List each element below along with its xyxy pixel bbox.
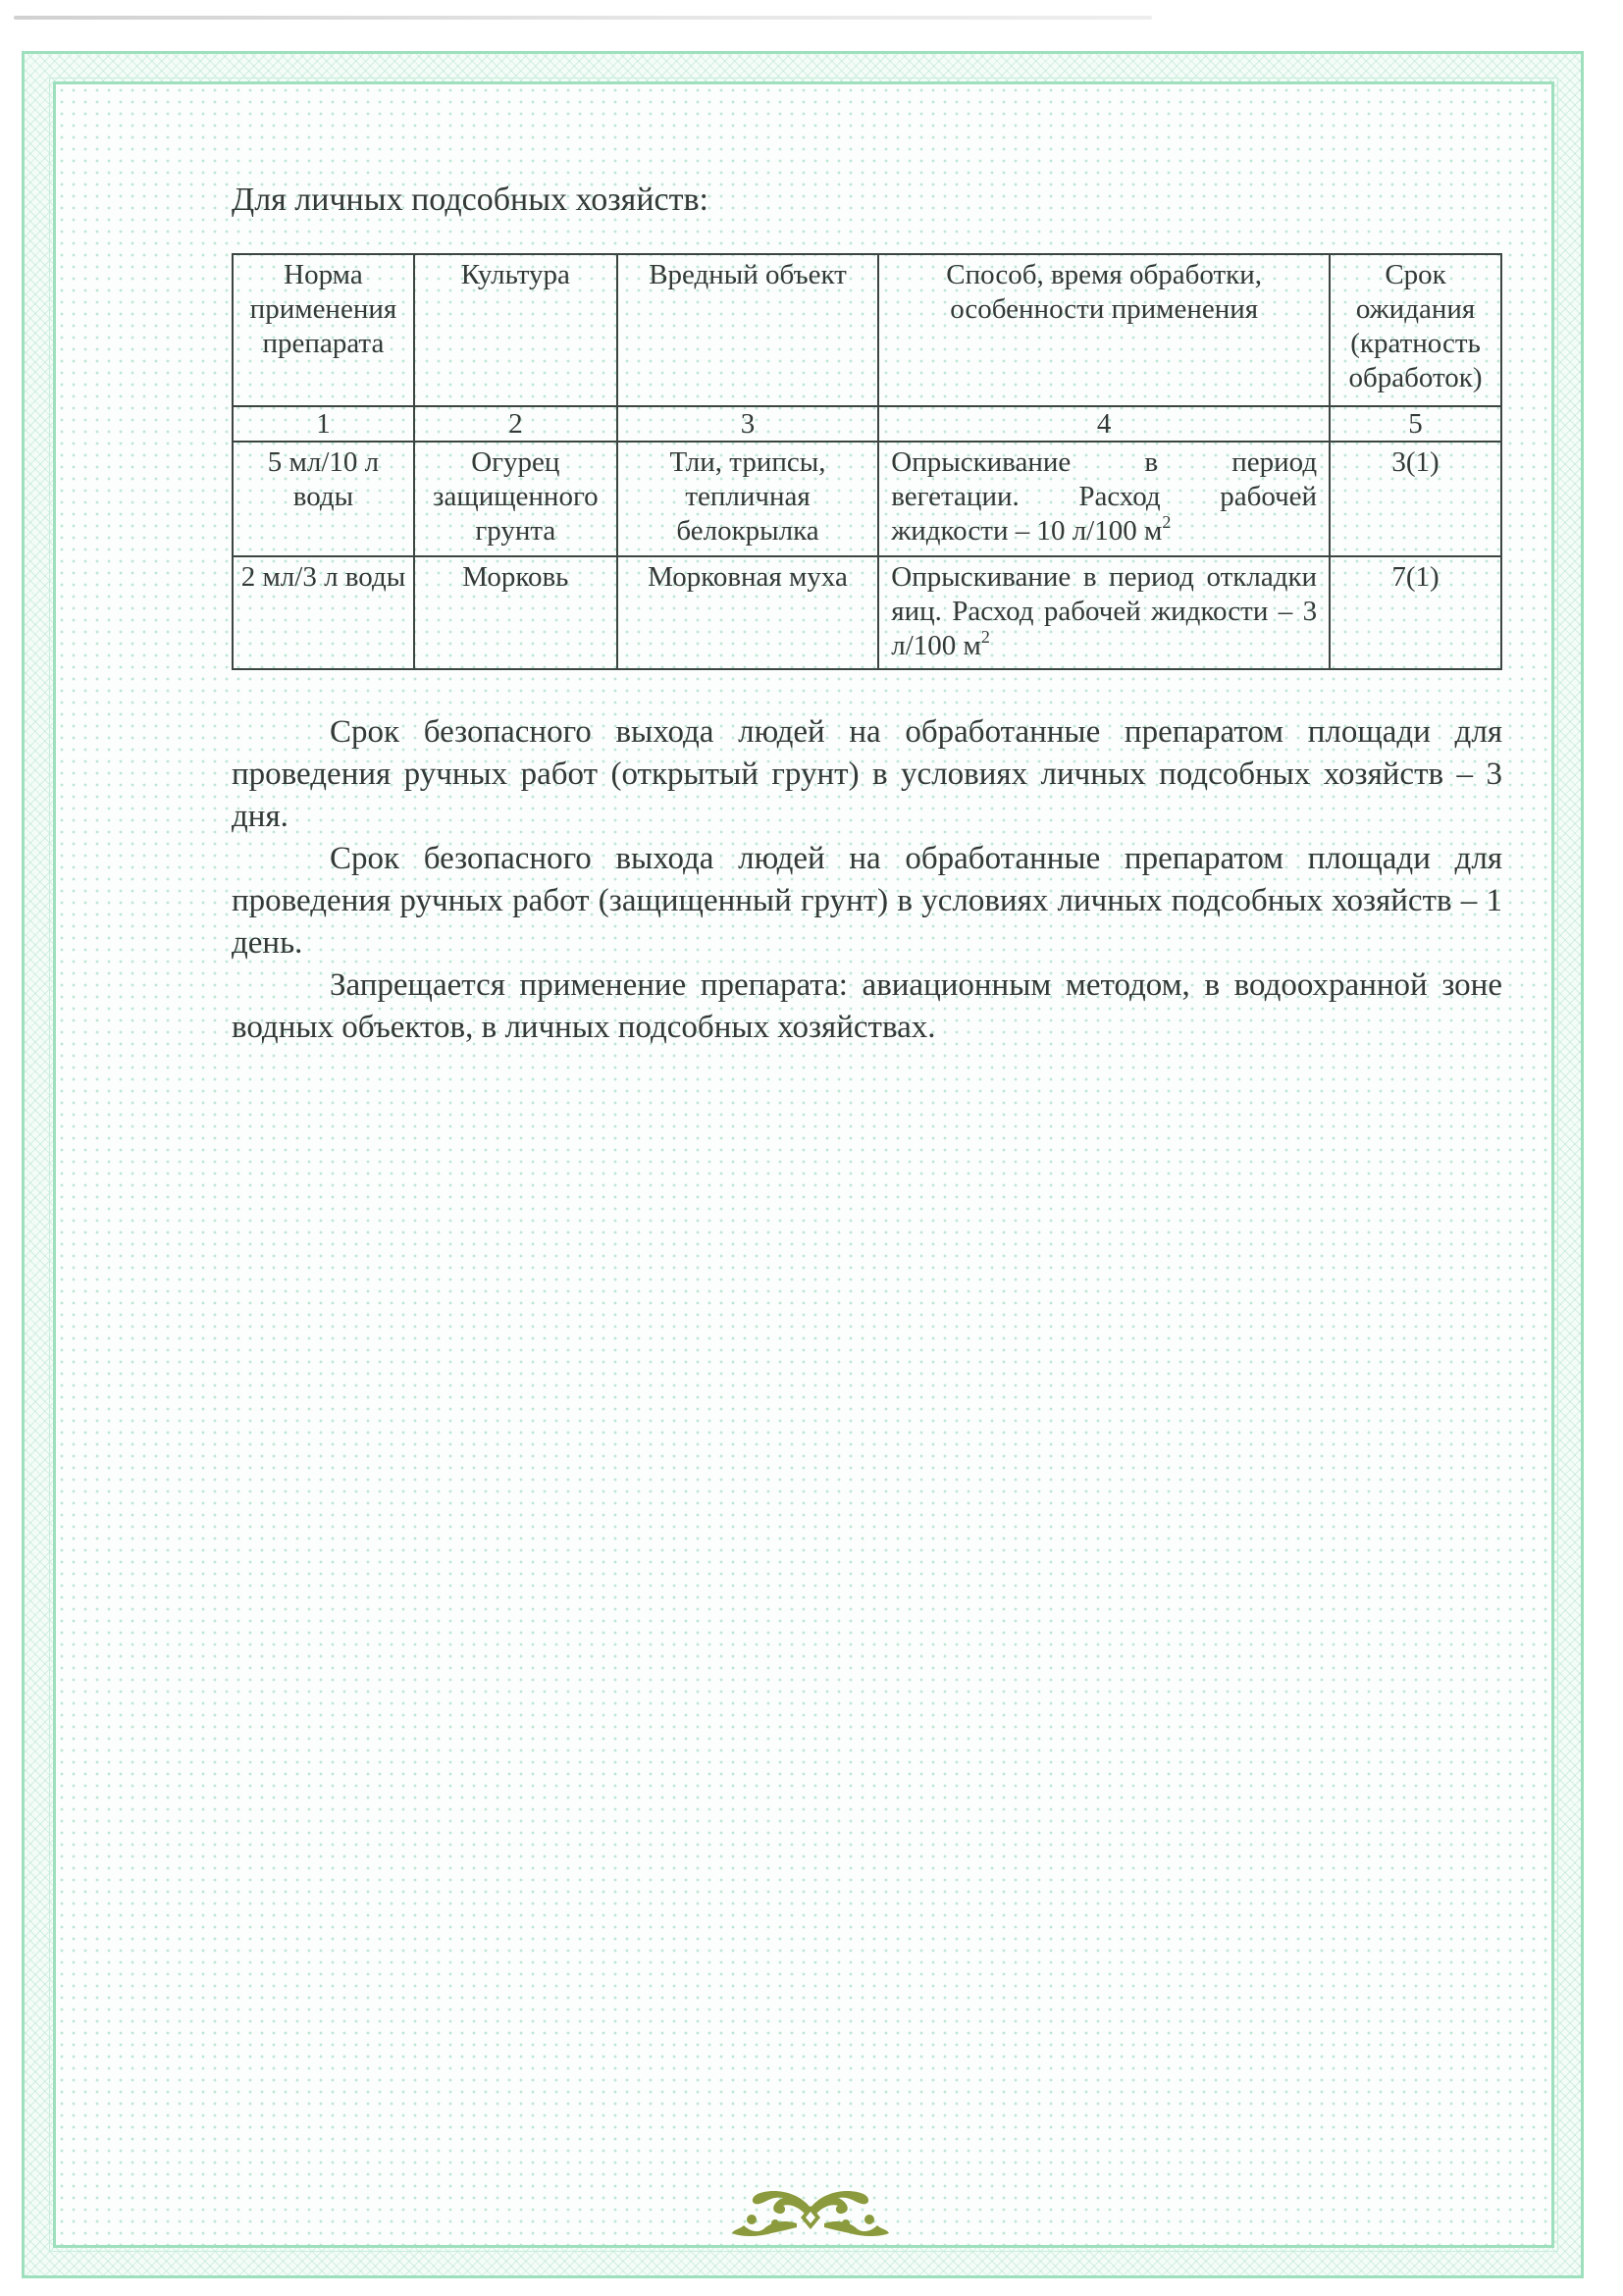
cell-crop: Огурец защищенного грунта	[414, 442, 617, 556]
method-text: Опрыскивание в период вегетации. Расход …	[891, 446, 1317, 547]
paragraph-open-ground: Срок безопасного выхода людей на обработ…	[232, 711, 1502, 838]
superscript: 2	[1162, 512, 1171, 532]
cell-pest: Тли, трипсы, тепличная белокрылка	[617, 442, 878, 556]
table-row: 2 мл/3 л воды Морковь Морковная муха Опр…	[233, 556, 1501, 669]
scan-edge-shadow	[14, 16, 1152, 20]
cell-waiting: 7(1)	[1330, 556, 1501, 669]
body-text: Срок безопасного выхода людей на обработ…	[232, 711, 1502, 1049]
cell-pest: Морковная муха	[617, 556, 878, 669]
cell-waiting: 3(1)	[1330, 442, 1501, 556]
column-number-row: 1 2 3 4 5	[233, 406, 1501, 442]
cell-crop: Морковь	[414, 556, 617, 669]
header-crop: Культура	[414, 254, 617, 406]
floral-ornament-icon	[728, 2184, 893, 2239]
cell-method: Опрыскивание в период вегетации. Расход …	[878, 442, 1330, 556]
table-header-row: Норма применения препарата Культура Вред…	[233, 254, 1501, 406]
column-number: 3	[617, 406, 878, 442]
section-heading: Для личных подсобных хозяйств:	[232, 181, 708, 220]
superscript: 2	[981, 627, 990, 647]
header-method: Способ, время обработки, особенности при…	[878, 254, 1330, 406]
column-number: 2	[414, 406, 617, 442]
header-waiting: Срок ожидания (кратность обработок)	[1330, 254, 1501, 406]
method-text: Опрыскивание в период откладки яиц. Расх…	[891, 561, 1317, 661]
header-pest: Вредный объект	[617, 254, 878, 406]
table-row: 5 мл/10 л воды Огурец защищенного грунта…	[233, 442, 1501, 556]
paragraph-protected-ground: Срок безопасного выхода людей на обработ…	[232, 838, 1502, 965]
column-number: 1	[233, 406, 414, 442]
paragraph-restrictions: Запрещается применение препарата: авиаци…	[232, 965, 1502, 1049]
column-number: 5	[1330, 406, 1501, 442]
cell-method: Опрыскивание в период откладки яиц. Расх…	[878, 556, 1330, 669]
header-rate: Норма применения препарата	[233, 254, 414, 406]
column-number: 4	[878, 406, 1330, 442]
cell-rate: 2 мл/3 л воды	[233, 556, 414, 669]
cell-rate: 5 мл/10 л воды	[233, 442, 414, 556]
usage-rates-table: Норма применения препарата Культура Вред…	[232, 253, 1502, 670]
